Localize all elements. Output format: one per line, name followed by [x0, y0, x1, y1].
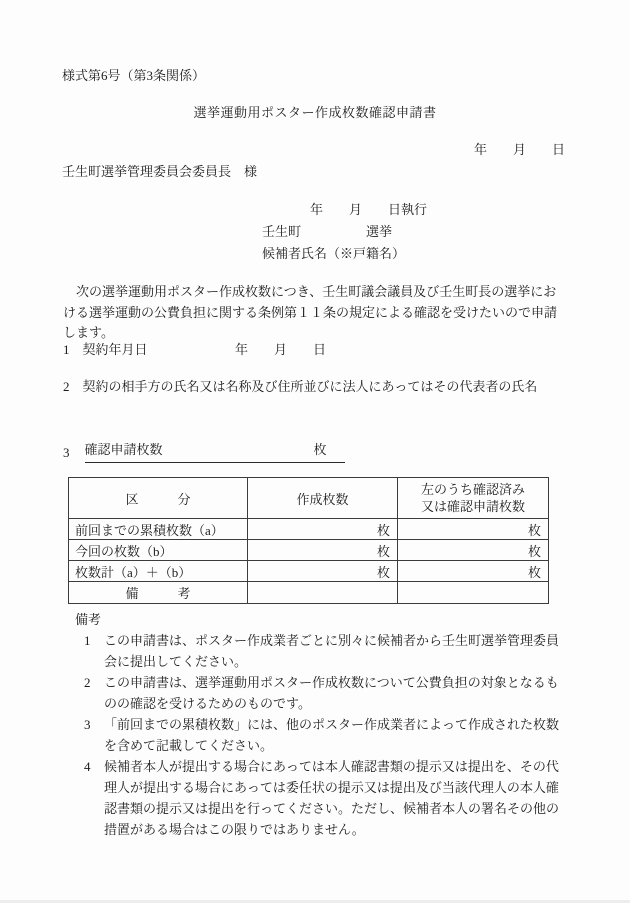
application-count-underline: 確認申請枚数枚 [85, 440, 345, 463]
remark-number: 2 [84, 672, 104, 714]
election-name-line: 壬生町 選挙 [262, 221, 427, 243]
remark-item: 1 この申請書は、ポスター作成業者ごとに別々に候補者から壬生町選挙管理委員会に提… [63, 630, 570, 672]
column-header-confirmed-line1: 左のうち確認済み [398, 481, 548, 498]
addressee-line: 壬生町選挙管理委員会委員長 様 [62, 162, 257, 182]
cell-confirmed-unit: 枚 [398, 519, 549, 540]
contract-party-section: 2 契約の相手方の氏名又は名称及び住所並びに法人にあってはその代表者の氏名 [63, 377, 537, 397]
contract-date-value: 年 月 日 [235, 340, 326, 360]
page-title: 選挙運動用ポスター作成枚数確認申請書 [0, 103, 630, 123]
table-header-row: 区 分 作成枚数 左のうち確認済み 又は確認申請枚数 [69, 478, 549, 519]
cell-made-unit: 枚 [248, 540, 398, 561]
column-header-confirmed-line2: 又は確認申請枚数 [398, 498, 548, 515]
notes-row-label: 備 考 [69, 582, 248, 604]
application-count-section: 3確認申請枚数枚 [63, 440, 345, 463]
application-statement: 次の選挙運動用ポスター作成枚数につき、壬生町議会議員及び壬生町長の選挙における選… [63, 282, 569, 344]
candidate-name-line: 候補者氏名（※戸籍名） [262, 243, 427, 265]
notes-cell-empty [248, 582, 398, 604]
cell-confirmed-unit: 枚 [398, 561, 549, 582]
application-date-line: 年 月 日 [474, 140, 565, 160]
remark-text: この申請書は、選挙運動用ポスター作成枚数について公費負担の対象となるものの確認を… [104, 672, 570, 714]
remark-number: 1 [84, 630, 104, 672]
table-row: 今回の枚数（b） 枚 枚 [69, 540, 549, 561]
remark-text: この申請書は、ポスター作成業者ごとに別々に候補者から壬生町選挙管理委員会に提出し… [104, 630, 570, 672]
cell-made-unit: 枚 [248, 519, 398, 540]
notes-cell-empty [398, 582, 549, 604]
poster-count-table: 区 分 作成枚数 左のうち確認済み 又は確認申請枚数 前回までの累積枚数（a） … [68, 477, 549, 604]
table-row: 枚数計（a）＋（b） 枚 枚 [69, 561, 549, 582]
remark-item: 4 候補者本人が提出する場合にあっては本人確認書類の提示又は提出を、その代理人が… [63, 756, 570, 840]
remark-text: 候補者本人が提出する場合にあっては本人確認書類の提示又は提出を、その代理人が提出… [104, 756, 570, 840]
remarks-section: 備考 1 この申請書は、ポスター作成業者ごとに別々に候補者から壬生町選挙管理委員… [63, 609, 570, 840]
contract-date-label: 1 契約年月日 [63, 342, 148, 357]
row-label-previous-total: 前回までの累積枚数（a） [69, 519, 248, 540]
form-number: 様式第6号（第3条関係） [62, 66, 205, 86]
remarks-heading: 備考 [75, 609, 570, 630]
cell-made-unit: 枚 [248, 561, 398, 582]
election-header-block: 年 月 日執行 壬生町 選挙 候補者氏名（※戸籍名） [262, 199, 427, 265]
remark-text: 「前回までの累積枚数」には、他のポスター作成業者によって作成された枚数を含めて記… [104, 714, 570, 756]
table-row: 前回までの累積枚数（a） 枚 枚 [69, 519, 549, 540]
column-header-confirmed-count: 左のうち確認済み 又は確認申請枚数 [398, 478, 549, 519]
row-label-current-count: 今回の枚数（b） [69, 540, 248, 561]
remark-item: 2 この申請書は、選挙運動用ポスター作成枚数について公費負担の対象となるものの確… [63, 672, 570, 714]
application-count-number: 3 [63, 445, 70, 460]
row-label-total-count: 枚数計（a）＋（b） [69, 561, 248, 582]
application-count-unit: 枚 [313, 440, 326, 460]
remark-item: 3 「前回までの累積枚数」には、他のポスター作成業者によって作成された枚数を含め… [63, 714, 570, 756]
column-header-made-count: 作成枚数 [248, 478, 398, 519]
execution-date-line: 年 月 日執行 [262, 199, 427, 221]
column-header-category: 区 分 [69, 478, 248, 519]
application-form-page: 様式第6号（第3条関係） 選挙運動用ポスター作成枚数確認申請書 年 月 日 壬生… [0, 0, 630, 903]
remark-number: 3 [84, 714, 104, 756]
application-count-label: 確認申請枚数 [85, 440, 163, 460]
table-notes-row: 備 考 [69, 582, 549, 604]
remark-number: 4 [84, 756, 104, 840]
contract-date-section: 1 契約年月日 年 月 日 [63, 340, 148, 360]
cell-confirmed-unit: 枚 [398, 540, 549, 561]
